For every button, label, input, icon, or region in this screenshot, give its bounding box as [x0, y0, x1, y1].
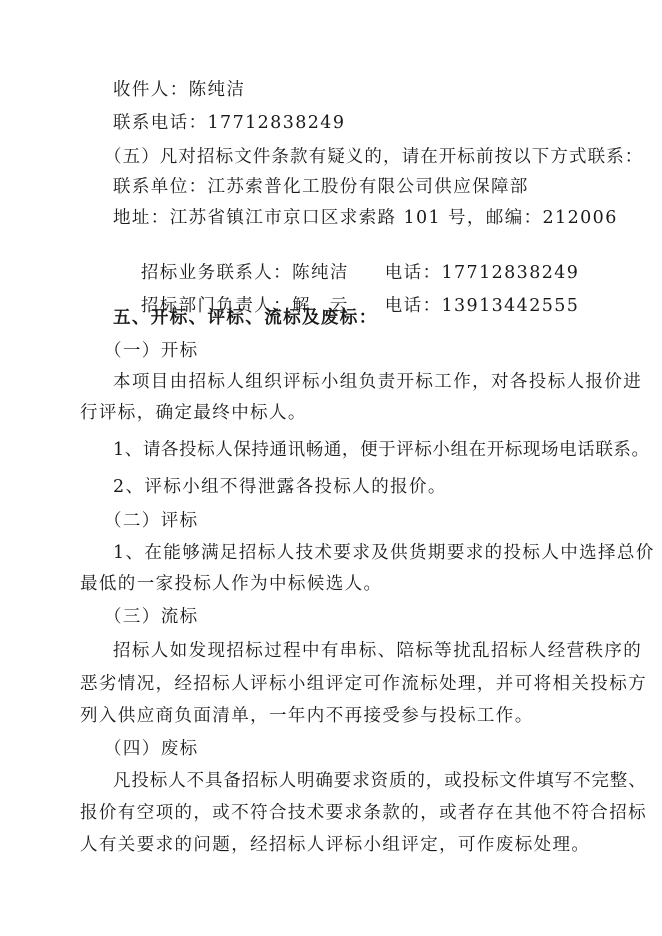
document-page: 收件人：陈纯洁 联系电话：17712838249 （五）凡对招标文件条款有疑义的… — [0, 0, 662, 936]
failed-line1: 招标人如发现招标过程中有串标、陪标等扰乱招标人经营秩序的 — [113, 640, 642, 662]
dept-head-line: 招标部门负责人：解 云电话：13913442555 — [113, 273, 579, 339]
opening-para-line1: 本项目由招标人组织评标小组负责开标工作，对各投标人报价进 — [113, 371, 642, 393]
contact-unit: 联系单位：江苏索普化工股份有限公司供应保障部 — [113, 176, 529, 198]
evaluation-item1-line1: 1、在能够满足招标人技术要求及供货期要求的投标人中选择总价 — [113, 542, 655, 564]
failed-line2: 恶劣情况，经招标人评标小组评定可作流标处理，并可将相关投标方 — [80, 673, 647, 695]
opening-para-line2: 行评标，确定最终中标人。 — [80, 402, 307, 424]
evaluation-title: （二）评标 — [104, 510, 199, 532]
failed-title: （三）流标 — [104, 606, 199, 628]
void-line3: 人有关要求的问题，经招标人评标小组评定，可作废标处理。 — [80, 834, 590, 856]
opening-item2: 2、评标小组不得泄露各投标人的报价。 — [113, 476, 447, 498]
failed-line3: 列入供应商负面清单，一年内不再接受参与投标工作。 — [80, 705, 534, 727]
void-line2: 报价有空项的，或不符合技术要求条款的，或者存在其他不符合招标 — [80, 802, 647, 824]
dept-head-phone: 电话：13913442555 — [385, 296, 580, 316]
recipient-line: 收件人：陈纯洁 — [113, 79, 245, 101]
evaluation-item1-line2: 最低的一家投标人作为中标候选人。 — [80, 573, 382, 595]
section-heading: 五、开标、评标、流标及废标： — [113, 307, 378, 329]
phone-line: 联系电话：17712838249 — [113, 112, 345, 134]
opening-title: （一）开标 — [104, 340, 199, 362]
void-line1: 凡投标人不具备招标人明确要求资质的，或投标文件填写不完整、 — [113, 770, 647, 792]
opening-item1: 1、请各投标人保持通讯畅通，便于评标小组在开标现场电话联系。 — [113, 439, 650, 461]
void-title: （四）废标 — [104, 738, 199, 760]
inquiry-intro: （五）凡对招标文件条款有疑义的，请在开标前按以下方式联系： — [104, 146, 643, 168]
address-line: 地址：江苏省镇江市京口区求索路 101 号，邮编：212006 — [113, 207, 618, 229]
